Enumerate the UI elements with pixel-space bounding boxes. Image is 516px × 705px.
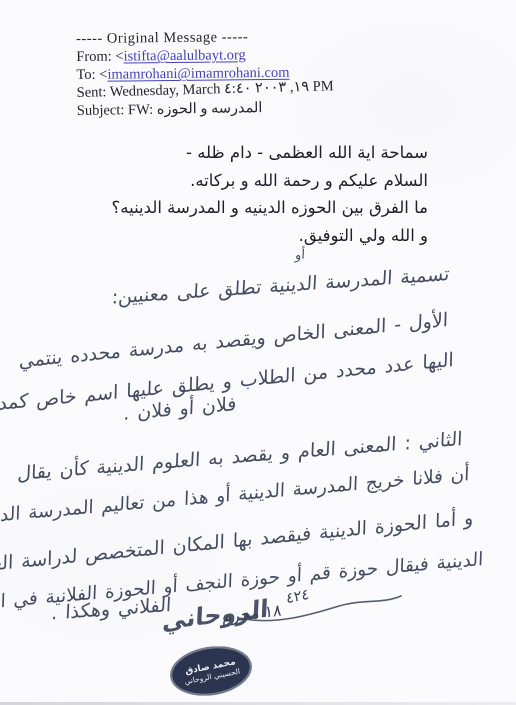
from-email-link: istifta@aalulbayt.org xyxy=(123,47,245,64)
oval-seal-stamp: محمد صادق الحسيني الروحاني xyxy=(167,641,255,701)
greeting-line: السلام عليكم و رحمة الله و بركاته. xyxy=(112,167,429,195)
subject-value: FW: المدرسه و الحوزه xyxy=(128,100,263,118)
signature-flourish-stroke xyxy=(235,588,405,624)
closing-line: و الله ولي التوفيق. xyxy=(112,222,429,250)
sent-label: Sent: xyxy=(76,84,110,101)
salutation-line: سماحة اية الله العظمى - دام ظله - xyxy=(112,139,429,167)
question-line: ما الفرق بين الحوزه الدينيه و المدرسة ال… xyxy=(112,194,429,222)
to-label: To: xyxy=(76,67,99,83)
from-label: From: xyxy=(76,49,115,65)
angle-bracket: < xyxy=(99,67,107,83)
handwritten-line: تسمية المدرسة الدينية تطلق على معنيين: xyxy=(112,263,451,309)
email-header: ----- Original Message ----- From: <isti… xyxy=(76,27,334,120)
subject-line: Subject: FW: المدرسه و الحوزه xyxy=(77,98,334,120)
handwritten-insertion-word: أو xyxy=(295,248,306,264)
scanned-istifta-letter: ----- Original Message ----- From: <isti… xyxy=(0,0,516,705)
stamp-calligraphy: محمد صادق الحسيني الروحاني xyxy=(181,656,240,685)
subject-label: Subject: xyxy=(77,102,128,119)
typed-question: سماحة اية الله العظمى - دام ظله - السلام… xyxy=(112,139,429,249)
sent-value: Wednesday, March ١٩, ٢٠٠٣ ٤:٤٠ PM xyxy=(110,78,334,100)
